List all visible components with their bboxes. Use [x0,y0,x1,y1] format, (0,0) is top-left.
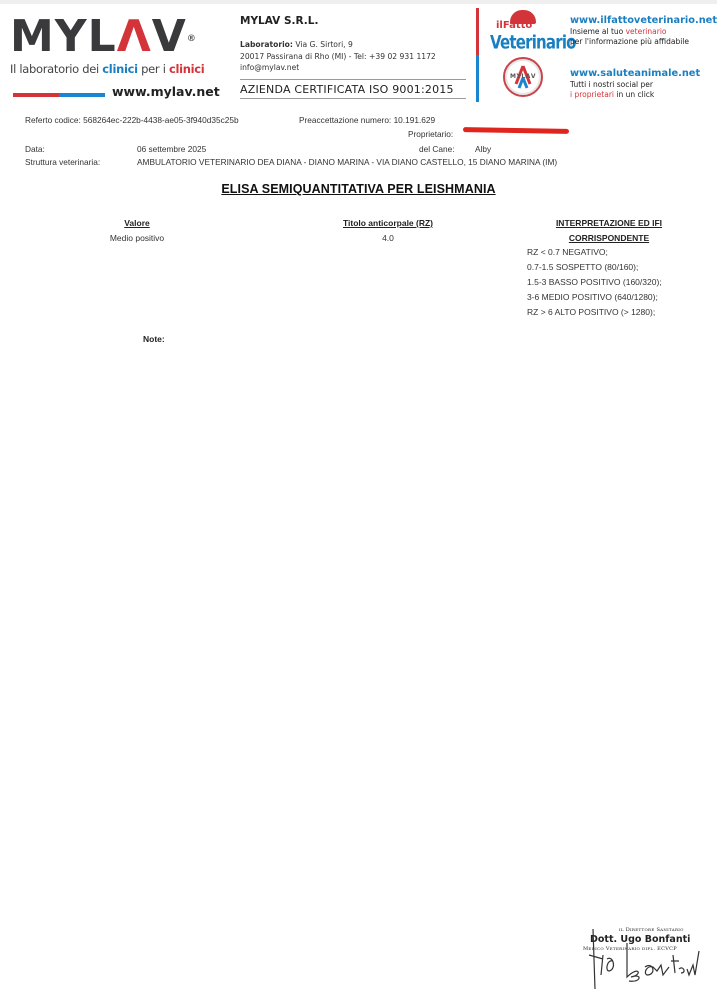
referto-value: 568264ec-222b-4438-ae05-3f940d35c25b [83,115,238,125]
address-line1: Via G. Sirtori, 9 [293,40,353,49]
promo1-line1: Insieme al tuo [570,27,626,36]
interpretation-item: RZ < 0.7 NEGATIVO; [527,245,662,260]
mylav-url[interactable]: www.mylav.net [112,84,220,99]
logo-word-a: Λ [117,11,152,62]
cane-value: Alby [475,144,491,154]
address-line2: 20017 Passirana di Rho (MI) - Tel: +39 0… [240,52,436,61]
tagline-clinici-blue: clinici [102,62,138,76]
divider [240,98,466,99]
titolo-header: Titolo anticorpale (RZ) [320,218,456,228]
ifatto-logo-top: ilFatto [496,20,532,31]
logo-divider [13,93,105,97]
interpretation-item: 0.7-1.5 SOSPETTO (80/160); [527,260,662,275]
interpretation-list: RZ < 0.7 NEGATIVO; 0.7-1.5 SOSPETTO (80/… [527,245,662,320]
saluteanimale-url[interactable]: www.saluteanimale.net [570,67,700,80]
redacted-owner-name [463,127,569,134]
struttura-value: AMBULATORIO VETERINARIO DEA DIANA - DIAN… [137,157,557,167]
referto-codice: Referto codice: 568264ec-222b-4438-ae05-… [25,115,239,125]
promo1-highlight: veterinario [626,27,667,36]
valore-header: Valore [100,218,174,228]
ilfattoveterinario-promo: www.ilfattoveterinario.net Insieme al tu… [570,14,717,47]
interpretation-item: 3-6 MEDIO POSITIVO (640/1280); [527,290,662,305]
mylav-circle-logo: MYLΛV [503,57,543,97]
company-name: MYLAV S.R.L. [240,15,466,27]
titolo-result: 4.0 [350,233,426,243]
struttura-label: Struttura veterinaria: [25,157,100,167]
saluteanimale-promo: www.saluteanimale.net Tutti i nostri soc… [570,67,700,100]
registered-mark: ® [187,16,197,62]
logo-word-suffix: V [152,11,187,62]
address-label: Laboratorio: [240,40,293,49]
ilfattoveterinario-url[interactable]: www.ilfattoveterinario.net [570,14,717,27]
top-strip [0,0,717,4]
interpretazione-header-2: CORRISPONDENTE [530,233,688,243]
report-title: ELISA SEMIQUANTITATIVA PER LEISHMANIA [0,182,717,196]
promo1-line2: per l'informazione più affidabile [570,37,717,47]
preaccettazione-label: Preaccettazione numero: [299,115,391,125]
mylav-circle-text: MYLΛV [505,73,541,80]
promo2-highlight: i proprietari [570,90,614,99]
cane-label: del Cane: [419,144,455,154]
promo2-line1: Tutti i nostri social per [570,80,700,90]
proprietario-label: Proprietario: [408,129,453,139]
data-label: Data: [25,144,45,154]
ifatto-logo-main: Veterinario [490,31,576,54]
logo-word-prefix: MYL [10,11,117,62]
tagline-mid: per i [138,62,169,76]
interpretazione-header-1: INTERPRETAZIONE ED IFI [530,218,688,228]
tagline-clinici-red: clinici [169,62,205,76]
preaccettazione: Preaccettazione numero: 10.191.629 [299,115,435,125]
company-info: MYLAV S.R.L. Laboratorio: Via G. Sirtori… [240,15,466,99]
iso-certification: AZIENDA CERTIFICATA ISO 9001:2015 [240,80,466,98]
mylav-logo: MYLΛV® Il laboratorio dei clinici per i … [10,14,210,76]
notes-label: Note: [143,334,165,344]
handwritten-signature-icon [583,925,703,991]
preaccettazione-value: 10.191.629 [394,115,436,125]
tagline-pre: Il laboratorio dei [10,62,102,76]
data-value: 06 settembre 2025 [137,144,206,154]
logo-tagline: Il laboratorio dei clinici per i clinici [10,62,210,76]
valore-result: Medio positivo [90,233,184,243]
interpretation-item: 1.5-3 BASSO POSITIVO (160/320); [527,275,662,290]
interpretation-item: RZ > 6 ALTO POSITIVO (> 1280); [527,305,662,320]
referto-label: Referto codice: [25,115,81,125]
ilfattoveterinario-logo: ilFatto Veterinario [490,10,562,50]
company-email[interactable]: info@mylav.net [240,63,299,72]
header-vertical-bar [476,8,479,102]
company-address: Laboratorio: Via G. Sirtori, 9 20017 Pas… [240,39,466,74]
promo2-line2: in un click [614,90,654,99]
logo-wordmark: MYLΛV® [10,14,210,60]
